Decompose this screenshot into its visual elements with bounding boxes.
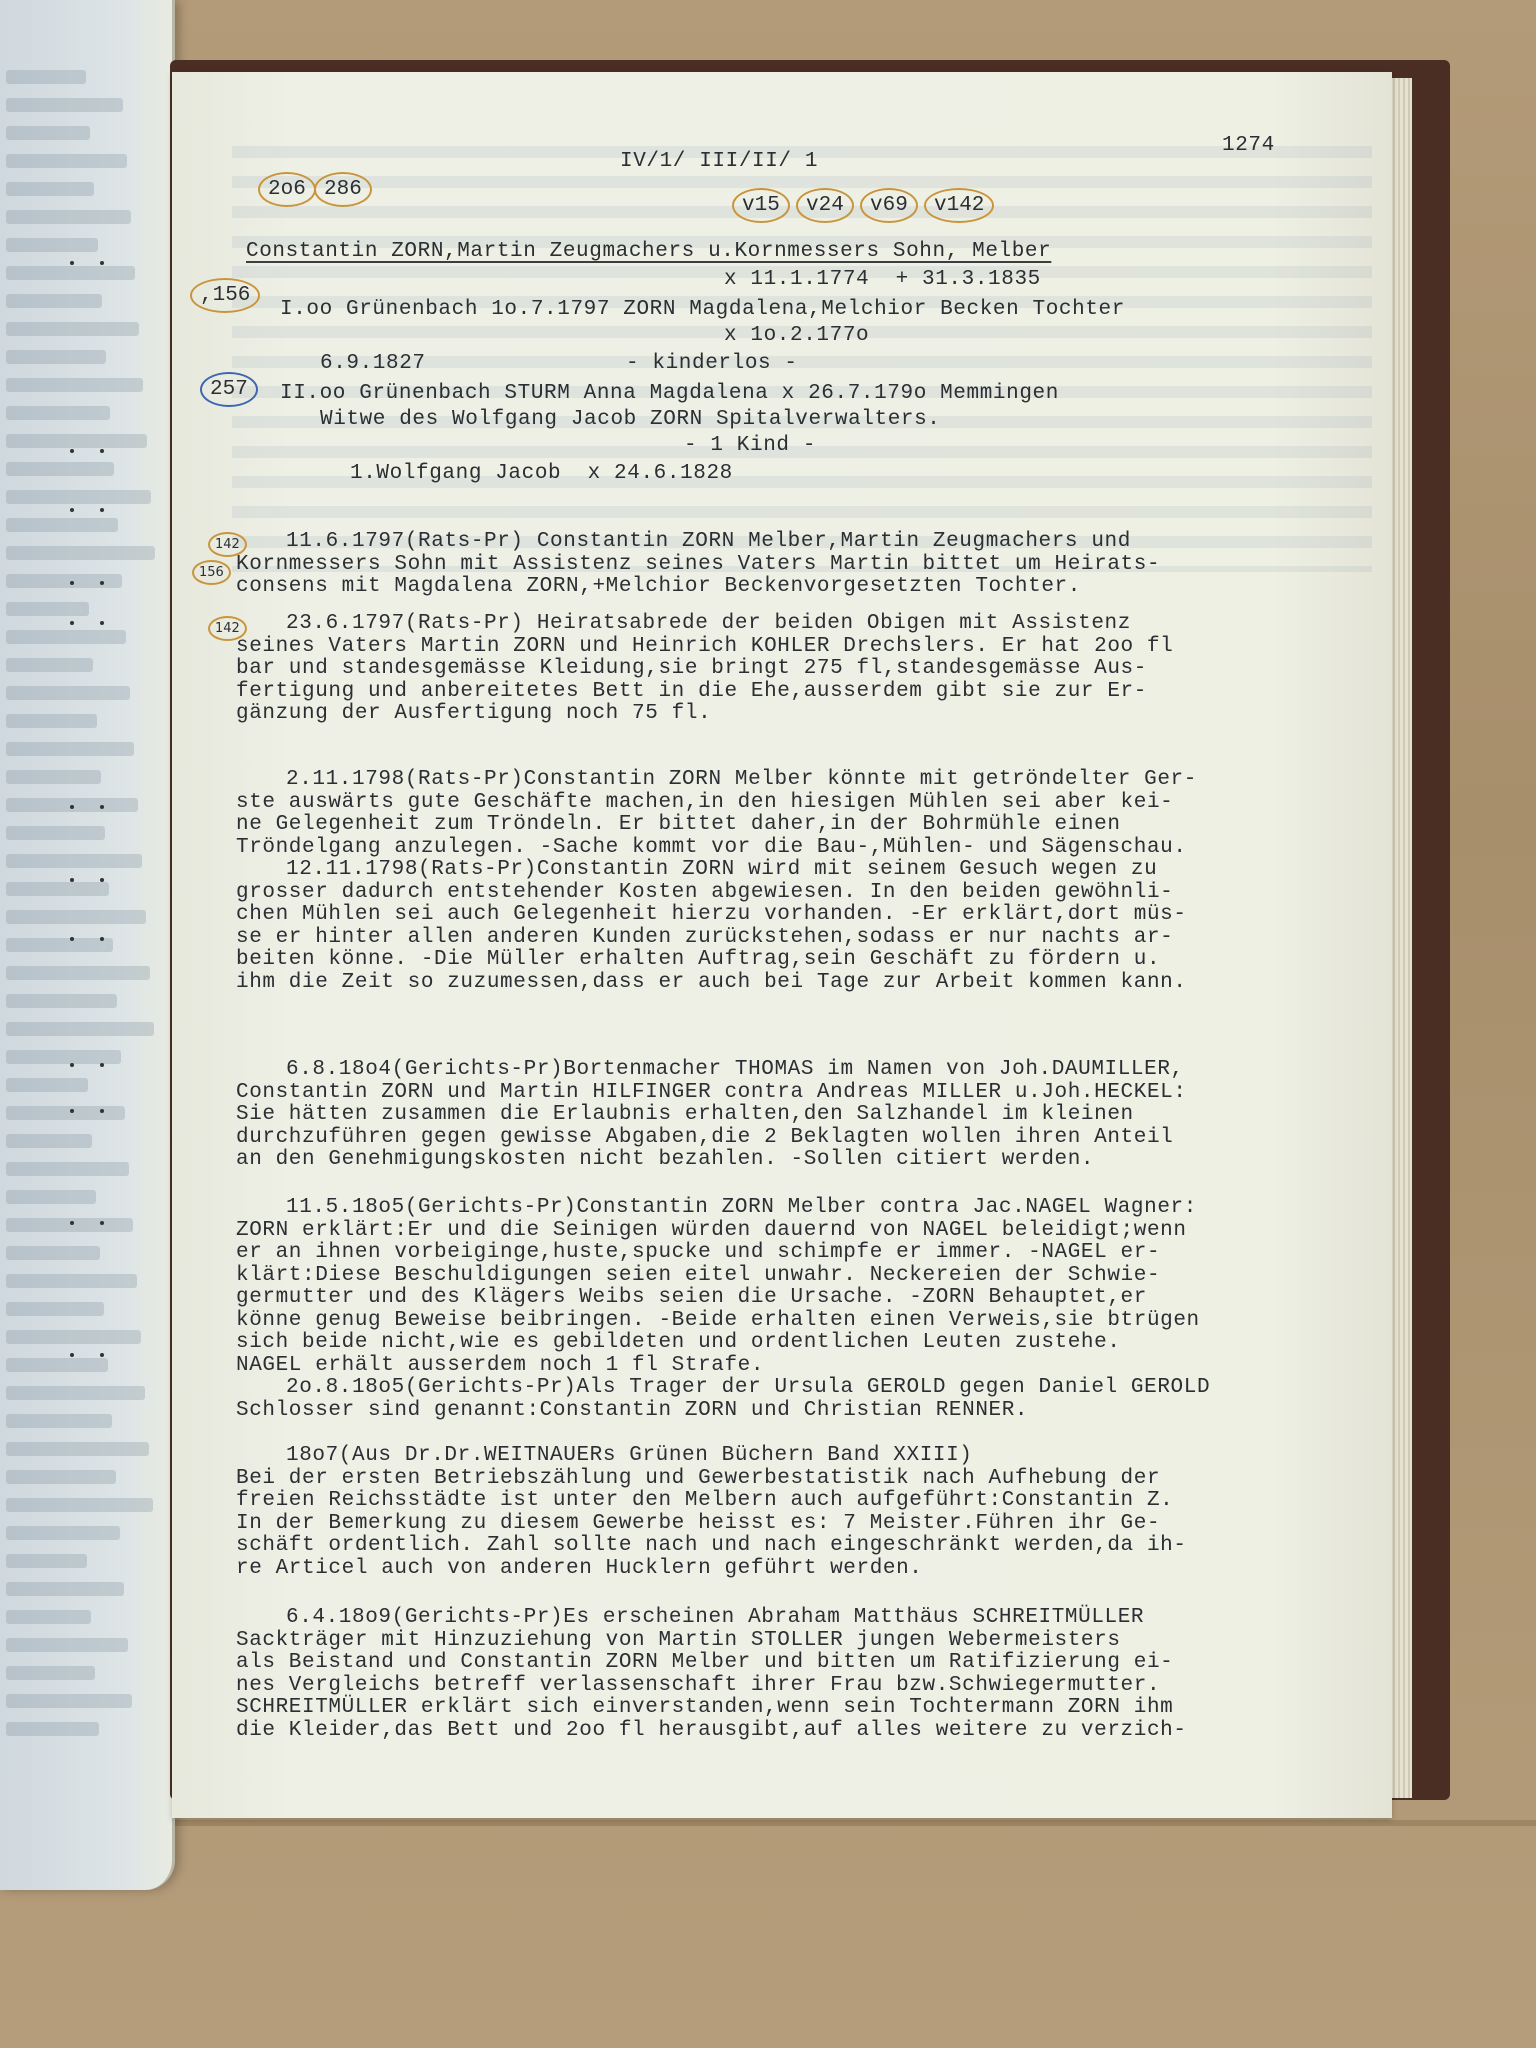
- ghost-text-line: [6, 1358, 108, 1372]
- entry-text-line: Constantin ZORN und Martin HILFINGER con…: [236, 1081, 1187, 1104]
- entry-text-line: grosser dadurch entstehender Kosten abge…: [236, 881, 1173, 904]
- entry-text-line: re Articel auch von anderen Hucklern gef…: [236, 1557, 923, 1580]
- ghost-text-line: [6, 938, 113, 952]
- ghost-dot: [100, 878, 104, 882]
- entry-text-line: als Beistand und Constantin ZORN Melber …: [236, 1651, 1173, 1674]
- ghost-text-line: [6, 1470, 116, 1484]
- ghost-dot: [100, 261, 104, 265]
- ghost-text-line: [6, 98, 123, 112]
- entry-text-line: fertigung und anbereitetes Bett in die E…: [236, 680, 1147, 703]
- ghost-text-line: [6, 210, 131, 224]
- ghost-text-line: [6, 238, 98, 252]
- header-line: Constantin ZORN,Martin Zeugmachers u.Kor…: [246, 240, 1051, 263]
- ghost-dot: [70, 878, 74, 882]
- ghost-text-line: [6, 1498, 153, 1512]
- header-line: x 1o.2.177o: [724, 324, 869, 347]
- ghost-text-line: [6, 154, 127, 168]
- page-number: 1274: [1222, 134, 1275, 157]
- ghost-text-line: [6, 378, 143, 392]
- margin-ref-entry: 156: [192, 560, 231, 585]
- entry-text-line: ste auswärts gute Geschäfte machen,in de…: [236, 791, 1173, 814]
- ghost-text-line: [6, 1302, 104, 1316]
- ghost-text-line: [6, 1414, 112, 1428]
- entry-text-line: se er hinter allen anderen Kunden zurück…: [236, 926, 1173, 949]
- ghost-text-line: [6, 686, 130, 700]
- entry-text-line: NAGEL erhält ausserdem noch 1 fl Strafe.: [236, 1354, 764, 1377]
- ghost-dot: [100, 508, 104, 512]
- entry-text-line: durchzuführen gegen gewisse Abgaben,die …: [236, 1126, 1173, 1149]
- ghost-text-line: [6, 1134, 92, 1148]
- ghost-text-line: [6, 1386, 145, 1400]
- ghost-text-line: [6, 1274, 137, 1288]
- cross-ref-circle: 2o6: [258, 172, 316, 207]
- header-line: x 11.1.1774 + 31.3.1835: [724, 268, 1041, 291]
- entry-text-line: 12.11.1798(Rats-Pr)Constantin ZORN wird …: [286, 858, 1157, 881]
- ghost-text-line: [6, 574, 122, 588]
- ghost-text-line: [6, 1218, 133, 1232]
- ghost-text-line: [6, 1050, 121, 1064]
- entry-text-line: nes Vergleichs betreff verlassenschaft i…: [236, 1674, 1160, 1697]
- ghost-text-line: [6, 266, 135, 280]
- ghost-text-line: [6, 1022, 154, 1036]
- entry-text-line: Tröndelgang anzulegen. -Sache kommt vor …: [236, 836, 1187, 859]
- cross-ref-circle: 286: [314, 172, 372, 207]
- entry-text-line: Bei der ersten Betriebszählung und Gewer…: [236, 1467, 1160, 1490]
- entry-text-line: Kornmessers Sohn mit Assistenz seines Va…: [236, 553, 1160, 576]
- ghost-text-line: [6, 854, 142, 868]
- header-line: 6.9.1827: [320, 352, 426, 375]
- archive-signature: IV/1/ III/II/ 1: [620, 150, 818, 173]
- entry-text-line: germutter und des Klägers Weibs seien di…: [236, 1286, 1147, 1309]
- entry-text-line: beiten könne. -Die Müller erhalten Auftr…: [236, 948, 1160, 971]
- left-facing-page: [0, 0, 175, 1890]
- document-page: IV/1/ III/II/ 1 1274 2o6 286 v15 v24 v69…: [172, 72, 1392, 1818]
- cross-ref-circle: v24: [796, 188, 854, 223]
- entry-heading-line: 2.11.1798(Rats-Pr)Constantin ZORN Melber…: [286, 768, 1197, 791]
- entry-text-line: könne genug Beweise beibringen. -Beide e…: [236, 1309, 1200, 1332]
- ghost-text-line: [6, 518, 118, 532]
- entry-text-line: schäft ordentlich. Zahl sollte nach und …: [236, 1534, 1187, 1557]
- entry-text-line: Schlosser sind genannt:Constantin ZORN u…: [236, 1399, 1028, 1422]
- ghost-text-line: [6, 770, 101, 784]
- ghost-text-line: [6, 1666, 95, 1680]
- ghost-dot: [100, 581, 104, 585]
- header-line: - kinderlos -: [626, 352, 798, 375]
- entry-text-line: Sackträger mit Hinzuziehung von Martin S…: [236, 1629, 1121, 1652]
- entry-text-line: consens mit Magdalena ZORN,+Melchior Bec…: [236, 575, 1081, 598]
- ghost-text-line: [6, 826, 105, 840]
- ghost-text-line: [6, 602, 89, 616]
- ghost-dot: [70, 581, 74, 585]
- ghost-text-line: [6, 1162, 129, 1176]
- ghost-text-line: [6, 1246, 100, 1260]
- ghost-text-line: [6, 1638, 128, 1652]
- entry-text-line: die Kleider,das Bett und 2oo fl herausgi…: [236, 1719, 1187, 1742]
- cross-ref-circle: v69: [860, 188, 918, 223]
- ghost-text-line: [6, 70, 86, 84]
- ghost-text-line: [6, 126, 90, 140]
- ghost-text-line: [6, 1554, 87, 1568]
- ghost-text-line: [6, 350, 106, 364]
- entry-text-line: sich beide nicht,wie es gebildeten und o…: [236, 1331, 1121, 1354]
- ghost-dot: [70, 261, 74, 265]
- ghost-dot: [70, 1109, 74, 1113]
- ghost-text-line: [6, 882, 109, 896]
- desk-surface: [0, 1820, 1536, 1826]
- entry-text-line: ne Gelegenheit zum Tröndeln. Er bittet d…: [236, 813, 1121, 836]
- ghost-text-line: [6, 322, 139, 336]
- entry-text-line: an den Genehmigungskosten nicht bezahlen…: [236, 1148, 1094, 1171]
- header-line: II.oo Grünenbach STURM Anna Magdalena x …: [280, 382, 1059, 405]
- entry-heading-line: 11.6.1797(Rats-Pr) Constantin ZORN Melbe…: [286, 530, 1131, 553]
- ghost-dot: [70, 1353, 74, 1357]
- ghost-dot: [100, 1353, 104, 1357]
- entry-text-line: seines Vaters Martin ZORN und Heinrich K…: [236, 635, 1173, 658]
- cross-ref-circle: v142: [924, 188, 994, 223]
- entry-heading-line: 23.6.1797(Rats-Pr) Heiratsabrede der bei…: [286, 612, 1131, 635]
- ghost-dot: [100, 449, 104, 453]
- ghost-text-line: [6, 1582, 124, 1596]
- ghost-dot: [70, 621, 74, 625]
- cross-ref-circle: v15: [732, 188, 790, 223]
- ghost-text-line: [6, 462, 114, 476]
- entry-heading-line: 18o7(Aus Dr.Dr.WEITNAUERs Grünen Büchern…: [286, 1444, 973, 1467]
- ghost-text-line: [6, 658, 93, 672]
- entry-text-line: Sie hätten zusammen die Erlaubnis erhalt…: [236, 1103, 1134, 1126]
- entry-text-line: freien Reichsstädte ist unter den Melber…: [236, 1489, 1173, 1512]
- ghost-text-line: [6, 434, 147, 448]
- ghost-text-line: [6, 1106, 125, 1120]
- ghost-text-line: [6, 1078, 88, 1092]
- ghost-text-line: [6, 1190, 96, 1204]
- ghost-text-line: [6, 406, 110, 420]
- ghost-text-line: [6, 1610, 91, 1624]
- header-line: Witwe des Wolfgang Jacob ZORN Spitalverw…: [320, 408, 941, 431]
- ghost-dot: [70, 449, 74, 453]
- ghost-text-line: [6, 742, 134, 756]
- ghost-text-line: [6, 182, 94, 196]
- entry-text-line: In der Bemerkung zu diesem Gewerbe heiss…: [236, 1512, 1160, 1535]
- margin-ref-second-marriage: 257: [200, 372, 258, 407]
- entry-text-line: chen Mühlen sei auch Gelegenheit hierzu …: [236, 903, 1187, 926]
- ghost-text-line: [6, 910, 146, 924]
- entry-heading-line: 6.8.18o4(Gerichts-Pr)Bortenmacher THOMAS…: [286, 1058, 1184, 1081]
- margin-ref-first-marriage: ,156: [190, 278, 260, 313]
- ghost-text-line: [6, 1526, 120, 1540]
- header-line: 1.Wolfgang Jacob x 24.6.1828: [350, 462, 733, 485]
- ghost-text-line: [6, 994, 117, 1008]
- header-line: I.oo Grünenbach 1o.7.1797 ZORN Magdalena…: [280, 298, 1125, 321]
- header-line: - 1 Kind -: [684, 434, 816, 457]
- ghost-dot: [100, 1063, 104, 1067]
- ghost-text-line: [6, 966, 150, 980]
- entry-text-line: ZORN erklärt:Er und die Seinigen würden …: [236, 1219, 1187, 1242]
- entry-text-line: klärt:Diese Beschuldigungen seien eitel …: [236, 1264, 1160, 1287]
- entry-text-line: ihm die Zeit so zuzumessen,dass er auch …: [236, 971, 1187, 994]
- ghost-dot: [100, 1109, 104, 1113]
- entry-text-line: bar und standesgemässe Kleidung,sie brin…: [236, 657, 1147, 680]
- ghost-text-line: [6, 1442, 149, 1456]
- ghost-text-line: [6, 546, 155, 560]
- ghost-text-line: [6, 1330, 141, 1344]
- ghost-text-line: [6, 714, 97, 728]
- entry-heading-line: 11.5.18o5(Gerichts-Pr)Constantin ZORN Me…: [286, 1196, 1197, 1219]
- ghost-dot: [100, 621, 104, 625]
- entry-text-line: er an ihnen vorbeiginge,huste,spucke und…: [236, 1241, 1160, 1264]
- ghost-text-line: [6, 294, 102, 308]
- ghost-text-line: [6, 490, 151, 504]
- entry-text-line: SCHREITMÜLLER erklärt sich einverstanden…: [236, 1696, 1173, 1719]
- entry-heading-line: 2o.8.18o5(Gerichts-Pr)Als Trager der Urs…: [286, 1376, 1210, 1399]
- ghost-dot: [70, 508, 74, 512]
- ghost-text-line: [6, 1694, 132, 1708]
- entry-text-line: gänzung der Ausfertigung noch 75 fl.: [236, 702, 711, 725]
- ghost-text-line: [6, 630, 126, 644]
- ghost-dot: [70, 1063, 74, 1067]
- entry-heading-line: 6.4.18o9(Gerichts-Pr)Es erscheinen Abrah…: [286, 1606, 1144, 1629]
- ghost-text-line: [6, 1722, 99, 1736]
